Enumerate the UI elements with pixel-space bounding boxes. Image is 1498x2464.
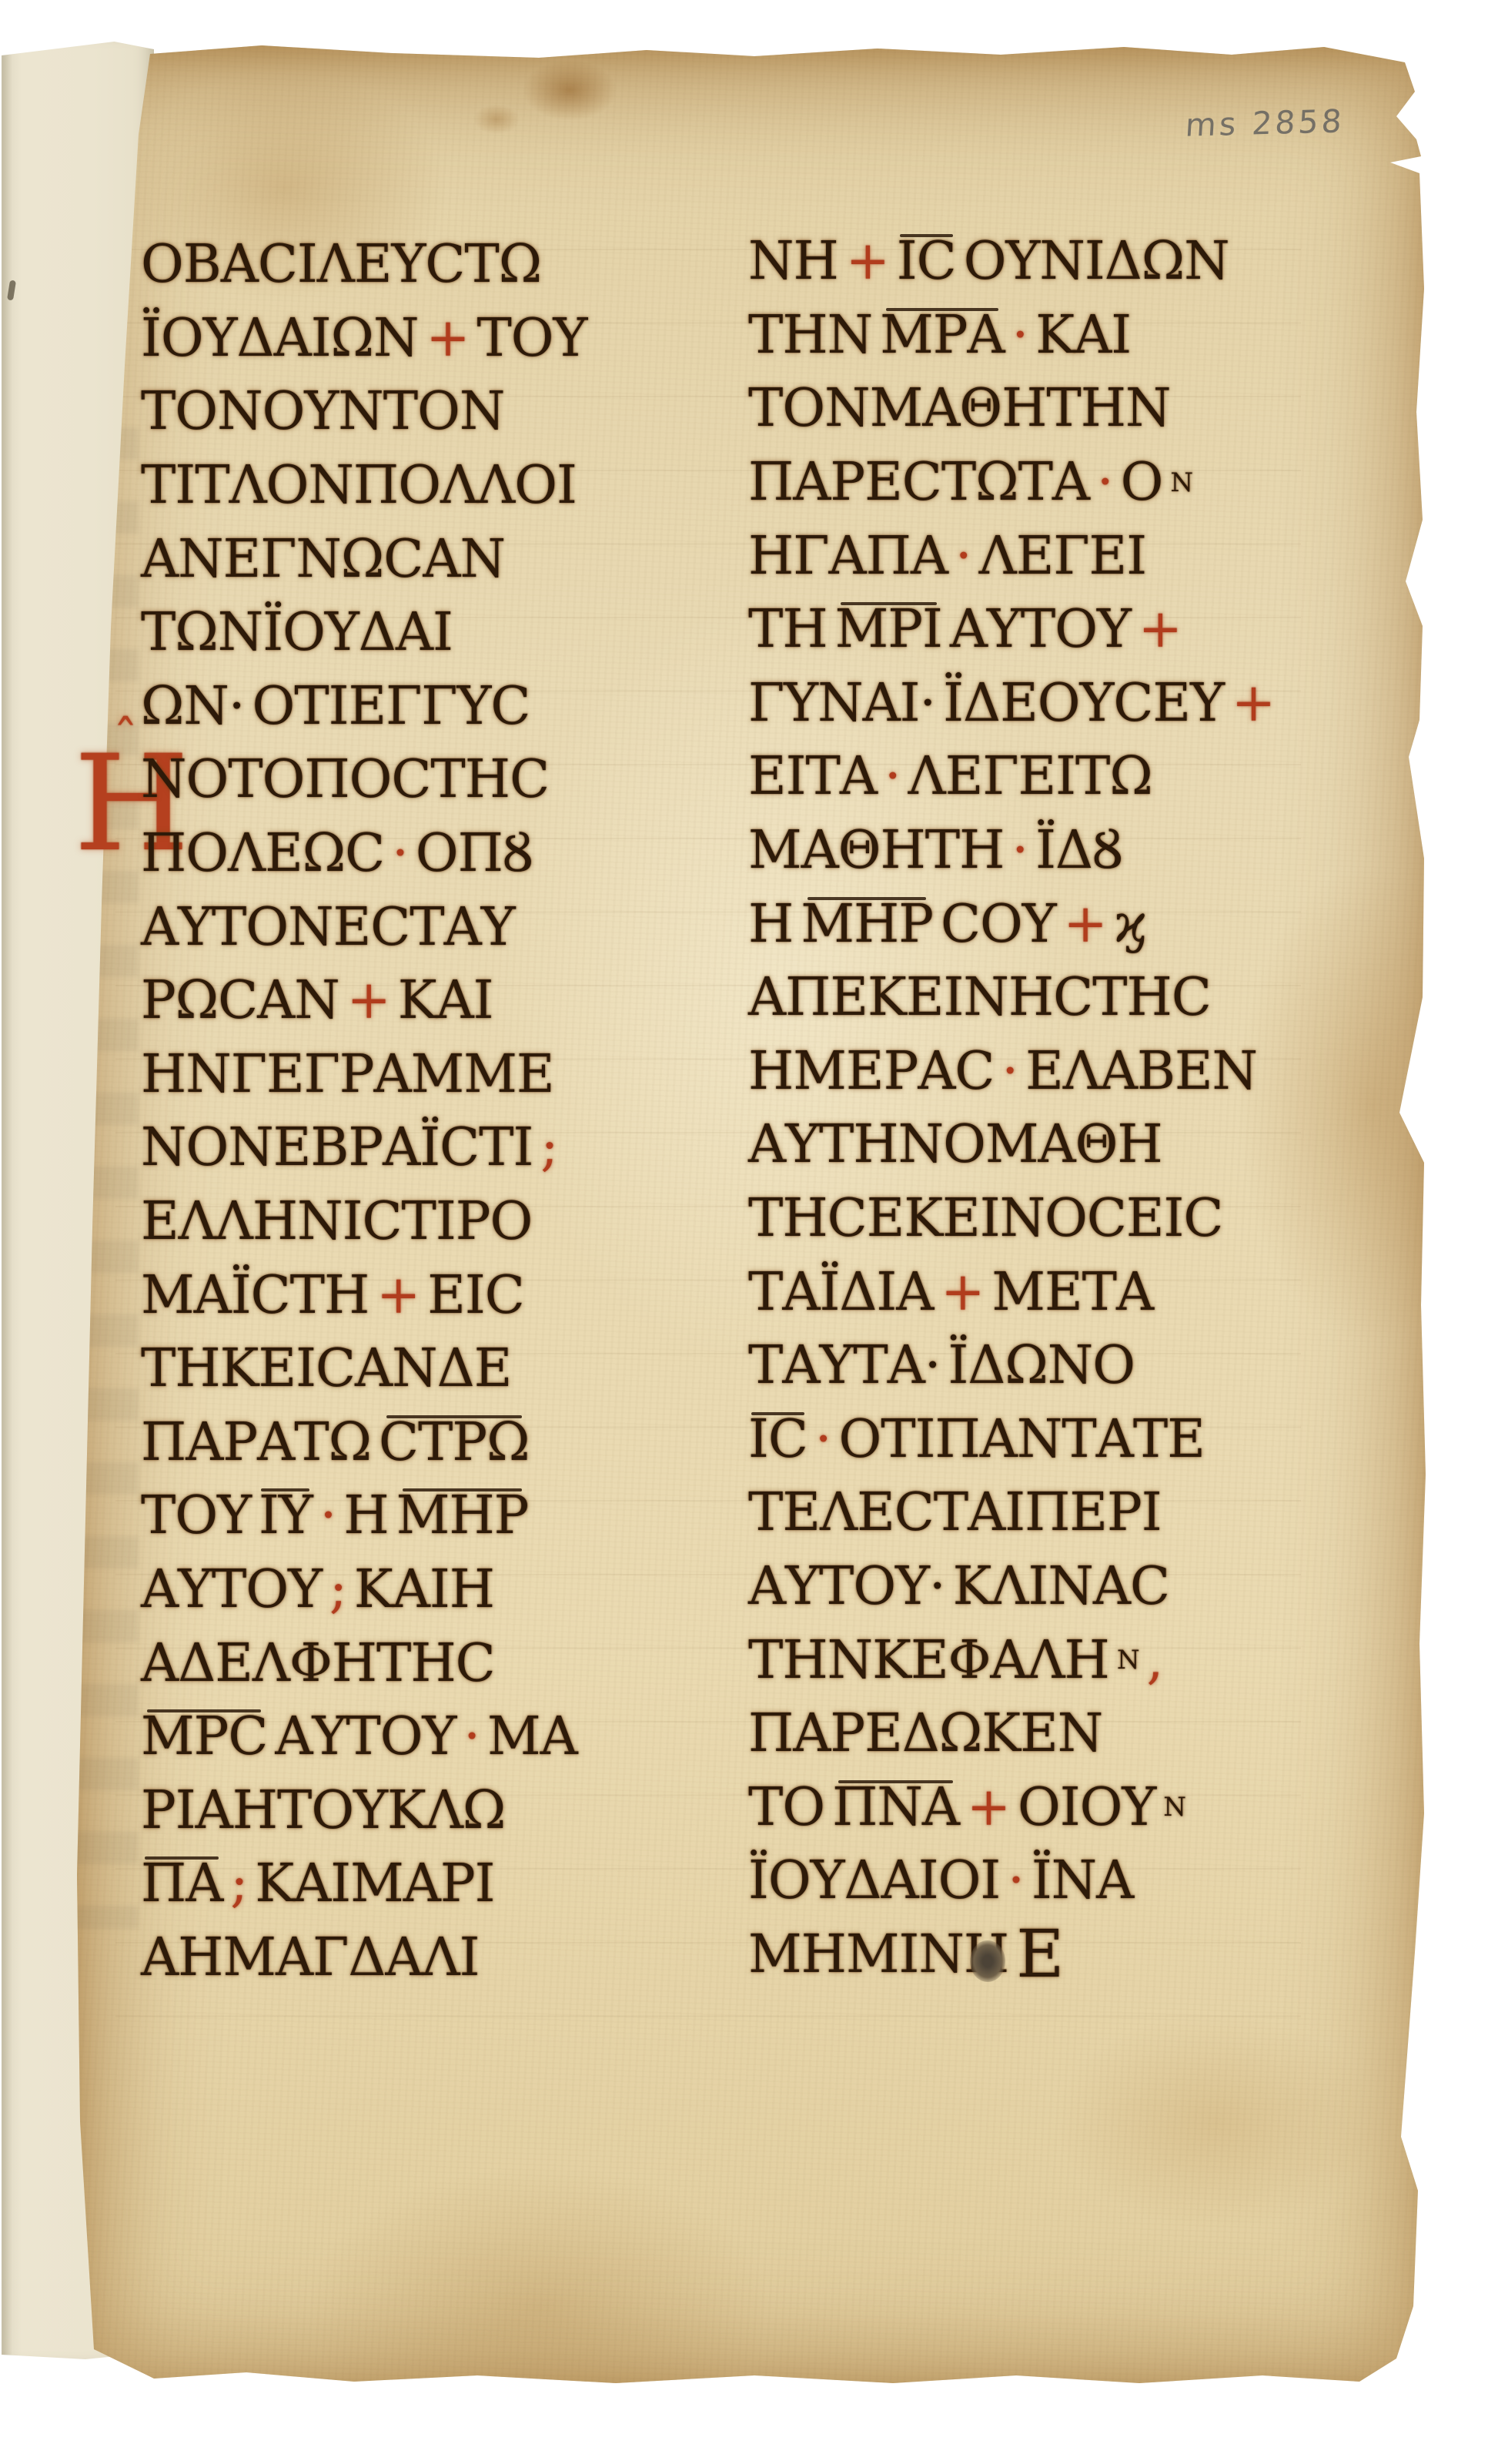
ink-blot — [970, 1940, 1005, 1982]
text-segment: ΕΛΛΗΝΙϹΤΙΡΟ — [141, 1191, 532, 1252]
rubric-mark: + — [347, 970, 390, 1031]
text-line: ΑΥΤΟΥ;ΚΑΙΗ — [141, 1553, 610, 1627]
text-segment: ΜΑΪϹΤΗ — [141, 1265, 369, 1326]
text-segment: ΗΜΕΡΑϹ — [748, 1041, 994, 1102]
text-segment: ΡΩϹΑΝ — [141, 970, 339, 1031]
text-segment: ΜΕΤΑ — [991, 1262, 1153, 1323]
text-segment: ΠΑΡΑΤΩ — [141, 1412, 371, 1473]
text-segment: ΗΝΓΕΓΡΑΜΜΕ — [141, 1044, 554, 1105]
text-line: ΜΑΪϹΤΗ+ΕΙϹ — [141, 1258, 610, 1332]
rubric-mark: + — [967, 1777, 1010, 1838]
text-segment: ΪΔΕΟΥϹΕΥ — [943, 673, 1224, 734]
text-line: ΜΑΘΗΤΗ·ΪΔȢ — [748, 814, 1279, 888]
text-segment: ΑΥΤΟΝΕϹΤΑΥ — [141, 897, 515, 958]
rubric-mark: + — [1064, 894, 1107, 955]
text-segment: ΤΟΝΜΑΘΗΤΗΝ — [748, 378, 1171, 439]
text-line: ΗΓΑΠΑ·ΛΕΓΕΙ — [748, 519, 1279, 593]
text-line: ΤΑΥΤΑ·ΪΔΩΝΟ — [748, 1329, 1279, 1403]
guard-sewing-hole — [7, 280, 16, 301]
text-segment: ΤΩΝΪΟΥΔΑΙ — [141, 602, 453, 663]
text-column-left: ΟΒΑϹΙΛΕΥϹΤΩΪΟΥΔΑΙΩΝ+ΤΟΥΤΟΝΟΥΝΤΟΝΤΙΤΛΟΝΠΟ… — [141, 228, 610, 1994]
text-segment: ΚΑΙ — [398, 970, 493, 1031]
rubric-mark: · — [1011, 820, 1028, 881]
text-line: ΡΙΑΗΤΟΥΚΛΩ — [141, 1773, 610, 1847]
text-segment: ϹΤΡΩ — [379, 1412, 530, 1473]
text-segment: ΪΟΥΔΑΙΩΝ — [141, 308, 418, 369]
text-line: ΪΟΥΔΑΙΟΙ·ΪΝΑ — [748, 1844, 1279, 1918]
text-line: ΠΑ;ΚΑΙΜΑΡΙ — [141, 1847, 610, 1921]
text-segment: Ε — [1016, 1917, 1063, 1993]
rubric-mark: · — [1012, 305, 1028, 366]
text-line: ΙϹ·ΟΤΙΠΑΝΤΑΤΕ — [748, 1403, 1279, 1477]
text-segment: ΠΟΛΕΩϹ — [141, 823, 384, 884]
text-segment: ΤΟ — [748, 1777, 824, 1838]
text-segment: ΗΓΑΠΑ — [748, 526, 948, 587]
text-segment: ΤΗΚΕΙϹΑΝΔΕ — [141, 1338, 511, 1399]
text-line: ΑΥΤΟΥ·ΚΛΙΝΑϹ — [748, 1550, 1279, 1624]
text-line: ΗΜΕΡΑϹ·ΕΛΑΒΕΝ — [748, 1035, 1279, 1109]
text-segment: ΕΙϹ — [427, 1265, 524, 1326]
text-segment: ΤΗϹΕΚΕΙΝΟϹΕΙϹ — [748, 1188, 1222, 1249]
rubric-mark: + — [846, 231, 889, 292]
rubric-mark: ; — [230, 1853, 247, 1914]
text-column-right: ΝΗ+ΙϹΟΥΝΙΔΩΝΤΗΝΜΡΑ·ΚΑΙΤΟΝΜΑΘΗΤΗΝΠΑΡΕϹΤΩΤ… — [748, 225, 1279, 1991]
pencil-shelfmark: ms 2858 — [1185, 102, 1346, 144]
text-line: ΑΗΜΑΓΔΑΛΙ — [141, 1921, 610, 1995]
text-segment: ΤΕΛΕϹΤΑΙΠΕΡΙ — [748, 1482, 1162, 1543]
text-segment: ΕΙΤΑ — [748, 746, 877, 807]
text-segment: ΝΟΤΟΠΟϹΤΗϹ — [141, 749, 549, 810]
text-line: ΑΔΕΛΦΗΤΗϹ — [141, 1626, 610, 1700]
text-segment: ΤΑΪΔΙΑ — [748, 1262, 933, 1323]
text-line: ΑΥΤΗΝΟΜΑΘΗ — [748, 1108, 1279, 1182]
text-line: ΠΑΡΕΔΩΚΕΝ — [748, 1697, 1279, 1771]
text-line: ΤΗΝΚΕΦΑΛΗΝ, — [748, 1623, 1279, 1697]
text-segment: Ν — [1170, 467, 1192, 498]
rubric-mark: , — [1147, 1630, 1163, 1691]
text-line: ΜΗΜΙΝΗΕ — [748, 1918, 1279, 1992]
rubric-mark: + — [426, 308, 469, 369]
text-line: ΕΙΤΑ·ΛΕΓΕΙΤΩ — [748, 740, 1279, 814]
text-line: ΑΝΕΓΝΩϹΑΝ — [141, 522, 610, 596]
text-segment: ΑΔΕΛΦΗΤΗϹ — [141, 1633, 495, 1694]
text-line: ΕΛΛΗΝΙϹΤΙΡΟ — [141, 1185, 610, 1259]
text-segment: ΑΥΤΟΥ· — [748, 1556, 945, 1617]
text-segment: Ο — [1121, 452, 1163, 513]
text-segment: ΑΥΤΟΥ — [141, 1559, 322, 1620]
rubric-mark: ; — [329, 1559, 346, 1620]
text-segment: ΝΗ — [748, 231, 838, 292]
text-line: ΝΗ+ΙϹΟΥΝΙΔΩΝ — [748, 225, 1279, 299]
text-line: ΤΙΤΛΟΝΠΟΛΛΟΙ — [141, 449, 610, 523]
text-segment: ΟΠȢ — [416, 823, 532, 884]
text-segment: ΑΝΕΓΝΩϹΑΝ — [141, 529, 505, 590]
text-line: ΠΟΛΕΩϹ·ΟΠȢ — [141, 817, 610, 891]
rubric-mark: · — [884, 746, 901, 807]
rubric-mark: + — [376, 1265, 420, 1326]
rubric-mark: ; — [540, 1117, 557, 1178]
text-segment: ΜΡϹ — [141, 1706, 267, 1767]
text-line: ΓΥΝΑΙ·ΪΔΕΟΥϹΕΥ+ — [748, 667, 1279, 741]
text-segment: ΕΛΑΒΕΝ — [1025, 1041, 1257, 1102]
text-segment: ΜΡΙ — [835, 599, 942, 660]
text-segment: ΤΟΥ — [476, 308, 587, 369]
text-segment: ϹΟΥ — [941, 894, 1056, 955]
text-segment: ΝΟΝΕΒΡΑΪϹΤΙ — [141, 1117, 533, 1178]
rubric-mark: · — [392, 823, 408, 884]
text-segment: Η — [748, 894, 793, 955]
text-line: ΩΝ·ΟΤΙΕΓΓΥϹ — [141, 670, 610, 744]
text-segment: ΜΗΜΙΝΗ — [748, 1924, 1008, 1985]
rubric-mark: · — [1097, 452, 1113, 513]
text-line: ΤΟΥΙΥ·ΗΜΗΡ — [141, 1479, 610, 1553]
text-segment: ΚΑΙ — [1035, 305, 1131, 366]
text-line: ΠΑΡΕϹΤΩΤΑ·ΟΝ — [748, 446, 1279, 520]
text-segment: ΪΔΩΝΟ — [948, 1335, 1135, 1396]
text-line: ΟΒΑϹΙΛΕΥϹΤΩ — [141, 228, 610, 302]
text-segment: ΩΝ· — [141, 676, 245, 737]
text-segment: ΑΥΤΟΥ — [950, 599, 1131, 660]
manuscript-photo: ms 2858 Η ˆ ΟΒΑϹΙΛΕΥϹΤΩΪΟΥΔΑΙΩΝ+ΤΟΥΤΟΝΟΥ… — [0, 0, 1498, 2464]
text-line: ΪΟΥΔΑΙΩΝ+ΤΟΥ — [141, 302, 610, 376]
rubric-mark: + — [1139, 599, 1182, 660]
text-segment: ΤΗΝΚΕΦΑΛΗ — [748, 1630, 1109, 1691]
text-segment: ΑΠΕΚΕΙΝΗϹΤΗϹ — [748, 967, 1211, 1028]
text-segment: ΟΥΝΙΔΩΝ — [964, 231, 1229, 292]
text-line: ΜΡϹΑΥΤΟΥ·ΜΑ — [141, 1700, 610, 1774]
text-segment: ΜΑΘΗΤΗ — [748, 820, 1004, 881]
text-segment: ΟΤΙΠΑΝΤΑΤΕ — [839, 1409, 1205, 1470]
text-segment: ΟΙΟΥ — [1018, 1777, 1155, 1838]
text-line: ΤΗΜΡΙΑΥΤΟΥ+ — [748, 593, 1279, 667]
text-segment: ΤΙΤΛΟΝΠΟΛΛΟΙ — [141, 455, 577, 516]
text-segment: ΚΑΙΜΑΡΙ — [255, 1853, 494, 1914]
text-line: ΤΕΛΕϹΤΑΙΠΕΡΙ — [748, 1476, 1279, 1550]
rubric-mark: · — [463, 1706, 480, 1767]
text-segment: ΑΥΤΗΝΟΜΑΘΗ — [748, 1114, 1162, 1175]
text-segment: Η — [343, 1485, 388, 1546]
rubric-mark: · — [1001, 1041, 1018, 1102]
text-segment: ΛΕΓΕΙΤΩ — [908, 746, 1152, 807]
text-segment: Ν — [1163, 1792, 1185, 1823]
text-segment: ΚΑΙΗ — [354, 1559, 494, 1620]
text-line: ΑΥΤΟΝΕϹΤΑΥ — [141, 890, 610, 964]
text-line: ΤΑΪΔΙΑ+ΜΕΤΑ — [748, 1255, 1279, 1329]
text-segment: ΙϹ — [748, 1409, 808, 1470]
text-line: ΤΩΝΪΟΥΔΑΙ — [141, 596, 610, 670]
text-segment: ΓΥΝΑΙ· — [748, 673, 935, 734]
text-line: ΠΑΡΑΤΩϹΤΡΩ — [141, 1406, 610, 1480]
text-segment: ΠΑ — [141, 1853, 222, 1914]
text-segment: ΪΝΑ — [1032, 1850, 1133, 1911]
text-line: ΗΜΗΡϹΟΥ+ϗ — [748, 887, 1279, 961]
text-segment: ΑΥΤΟΥ — [275, 1706, 456, 1767]
text-line: ΑΠΕΚΕΙΝΗϹΤΗϹ — [748, 961, 1279, 1035]
text-segment: ΜΑ — [487, 1706, 577, 1767]
text-segment: ΤΗΝ — [748, 305, 872, 366]
rubric-mark: · — [1008, 1850, 1024, 1911]
text-line: ΤΟΠΝΑ+ΟΙΟΥΝ — [748, 1770, 1279, 1844]
text-segment: ΜΗΡ — [396, 1485, 529, 1546]
text-line: ΝΟΝΕΒΡΑΪϹΤΙ; — [141, 1111, 610, 1185]
text-line: ΗΝΓΕΓΡΑΜΜΕ — [141, 1038, 610, 1112]
text-segment: ΪΟΥΔΑΙΟΙ — [748, 1850, 1000, 1911]
text-segment: ΠΑΡΕϹΤΩΤΑ — [748, 452, 1089, 513]
text-segment: ΜΗΡ — [801, 894, 933, 955]
text-segment: ΠΝΑ — [832, 1777, 959, 1838]
text-segment: ΚΛΙΝΑϹ — [953, 1556, 1169, 1617]
text-segment: ΠΑΡΕΔΩΚΕΝ — [748, 1703, 1102, 1764]
rubric-mark: + — [1232, 673, 1275, 734]
text-segment: ΙϹ — [897, 231, 956, 292]
text-line: ΤΗΝΜΡΑ·ΚΑΙ — [748, 299, 1279, 373]
text-segment: ΡΙΑΗΤΟΥΚΛΩ — [141, 1780, 505, 1841]
text-segment: ΛΕΓΕΙ — [979, 526, 1146, 587]
initial-accent: ˆ — [113, 715, 138, 764]
text-line: ΤΟΝΟΥΝΤΟΝ — [141, 375, 610, 449]
rubric-mark: · — [320, 1485, 336, 1546]
text-line: ΤΗϹΕΚΕΙΝΟϹΕΙϹ — [748, 1182, 1279, 1256]
rubric-mark: + — [941, 1262, 984, 1323]
text-segment: ΜΡΑ — [880, 305, 1005, 366]
text-segment: Ν — [1117, 1645, 1139, 1676]
text-segment: ΑΗΜΑΓΔΑΛΙ — [141, 1927, 480, 1988]
rubric-mark: · — [955, 526, 971, 587]
text-segment: ΤΟΝΟΥΝΤΟΝ — [141, 381, 504, 442]
text-segment: ΤΟΥ — [141, 1485, 251, 1546]
text-line: ΝΟΤΟΠΟϹΤΗϹ — [141, 743, 610, 817]
text-segment: ΤΗ — [748, 599, 828, 660]
text-line: ΤΟΝΜΑΘΗΤΗΝ — [748, 372, 1279, 446]
text-segment: ΤΑΥΤΑ· — [748, 1335, 940, 1396]
text-line: ΡΩϹΑΝ+ΚΑΙ — [141, 964, 610, 1038]
text-segment: ΪΔȢ — [1035, 820, 1122, 881]
rubric-mark: · — [815, 1409, 831, 1470]
text-line: ΤΗΚΕΙϹΑΝΔΕ — [141, 1332, 610, 1406]
text-segment: ΟΒΑϹΙΛΕΥϹΤΩ — [141, 234, 541, 295]
text-segment: ΟΤΙΕΓΓΥϹ — [252, 676, 530, 737]
text-segment: ΙΥ — [259, 1485, 313, 1546]
text-segment: ϗ — [1115, 894, 1146, 955]
